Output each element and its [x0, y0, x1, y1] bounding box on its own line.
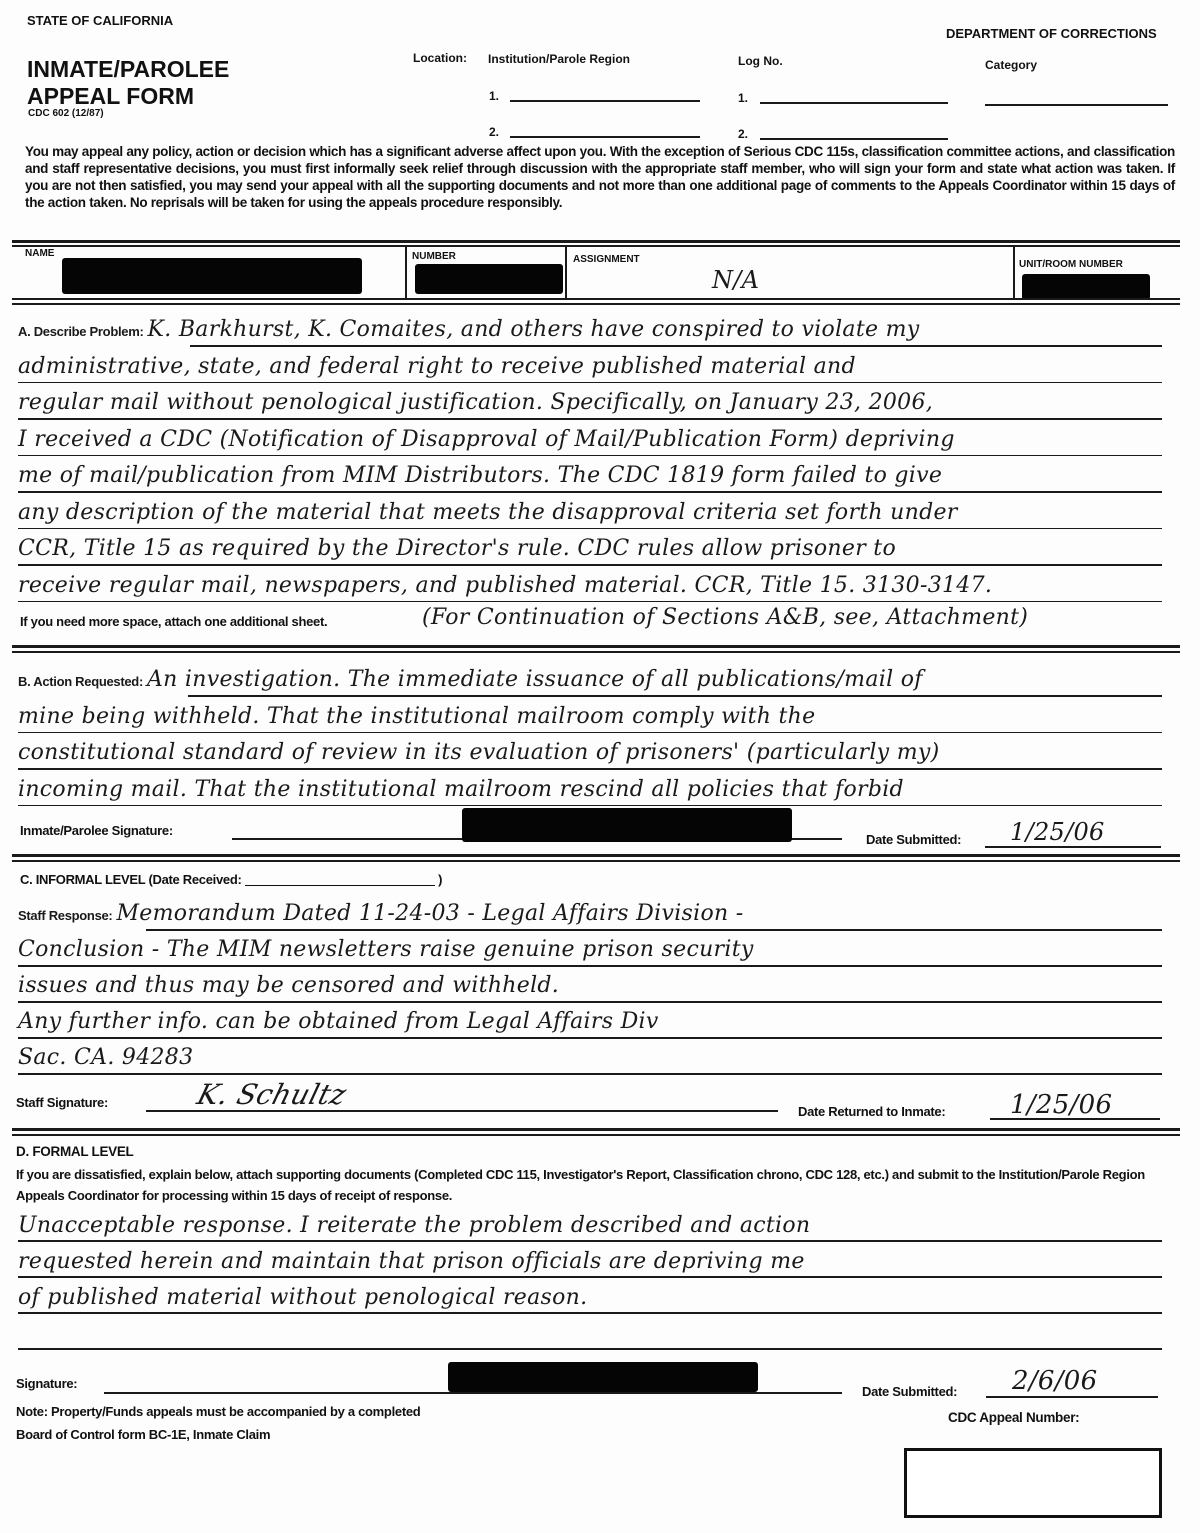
unit-divider	[1013, 247, 1015, 299]
formal-response-rule	[18, 1240, 1162, 1242]
formal-response-rule	[18, 1348, 1162, 1350]
problem-line[interactable]: administrative, state, and federal right…	[18, 351, 1186, 383]
formal-response-line[interactable]: requested herein and maintain that priso…	[18, 1246, 1186, 1278]
info-row-bottom-rule-2	[12, 303, 1180, 305]
action-line[interactable]: incoming mail. That the institutional ma…	[18, 774, 1186, 806]
formal-response-rule	[18, 1276, 1162, 1278]
date-returned-label: Date Returned to Inmate:	[798, 1104, 945, 1119]
problem-line[interactable]: receive regular mail, newspapers, and pu…	[18, 570, 1186, 602]
staff-response-text: Conclusion - The MIM newsletters raise g…	[18, 937, 754, 962]
state-label: STATE OF CALIFORNIA	[27, 13, 173, 28]
unit-redaction	[1022, 274, 1150, 300]
action-rule	[188, 695, 1162, 697]
problem-rule	[18, 528, 1162, 530]
staff-response-text: Memorandum Dated 11-24-03 - Legal Affair…	[116, 901, 743, 926]
inmate-signature-redaction	[462, 808, 792, 842]
category-field[interactable]	[985, 104, 1168, 106]
formal-signature-field[interactable]	[104, 1392, 842, 1394]
action-text: An investigation. The immediate issuance…	[147, 667, 923, 692]
problem-rule	[190, 345, 1162, 347]
problem-line[interactable]: me of mail/publication from MIM Distribu…	[18, 460, 1186, 492]
problem-text: I received a CDC (Notification of Disapp…	[18, 427, 955, 452]
problem-line[interactable]: regular mail without penological justifi…	[18, 387, 1186, 419]
name-redaction	[62, 258, 362, 294]
staff-response-line[interactable]: Sac. CA. 94283	[18, 1042, 1186, 1074]
problem-line[interactable]: any description of the material that mee…	[18, 497, 1186, 529]
log-no-field-2[interactable]	[760, 138, 948, 140]
action-text: constitutional standard of review in its…	[18, 740, 939, 765]
more-space-note[interactable]: (For Continuation of Sections A&B, see, …	[422, 605, 1028, 630]
problem-text: receive regular mail, newspapers, and pu…	[18, 573, 992, 598]
staff-signature-value: K. Schultz	[194, 1078, 350, 1111]
category-label: Category	[985, 58, 1037, 72]
form-code: CDC 602 (12/87)	[28, 108, 104, 119]
staff-signature-label: Staff Signature:	[16, 1095, 108, 1110]
problem-line[interactable]: A. Describe Problem:K. Barkhurst, K. Com…	[18, 314, 1186, 346]
date-returned-field	[990, 1118, 1160, 1120]
problem-rule	[18, 382, 1162, 384]
staff-response-line[interactable]: issues and thus may be censored and with…	[18, 970, 1186, 1002]
formal-date-field	[986, 1396, 1158, 1398]
formal-response-rule	[18, 1312, 1162, 1314]
action-rule	[18, 732, 1162, 734]
action-text: incoming mail. That the institutional ma…	[18, 777, 904, 802]
staff-response-text: Sac. CA. 94283	[18, 1045, 193, 1070]
action-line[interactable]: B. Action Requested:An investigation. Th…	[18, 664, 1186, 696]
assignment-value[interactable]: N/A	[712, 266, 759, 294]
staff-response-line[interactable]: Staff Response:Memorandum Dated 11-24-03…	[18, 898, 1186, 930]
section-c-bottom-rule-2	[12, 1134, 1180, 1136]
date-submitted-value[interactable]: 1/25/06	[1010, 818, 1105, 846]
info-row-bottom-rule	[12, 298, 1180, 300]
action-text: mine being withheld. That the institutio…	[18, 704, 815, 729]
cdc-appeal-number-box[interactable]	[904, 1448, 1162, 1518]
action-rule	[18, 768, 1162, 770]
formal-level-label: D. FORMAL LEVEL	[16, 1144, 134, 1159]
assignment-label: ASSIGNMENT	[573, 254, 640, 265]
staff-response-rule	[18, 1037, 1162, 1039]
formal-response-text: Unacceptable response. I reiterate the p…	[18, 1213, 810, 1238]
formal-response-text: of published material without penologica…	[18, 1285, 587, 1310]
property-note-line2: Board of Control form BC-1E, Inmate Clai…	[16, 1427, 270, 1442]
property-note-line1: Note: Property/Funds appeals must be acc…	[16, 1404, 420, 1419]
info-row-top-rule-2	[12, 245, 1180, 247]
problem-rule	[18, 601, 1162, 603]
cdc-appeal-number-label: CDC Appeal Number:	[948, 1410, 1079, 1425]
problem-text: CCR, Title 15 as required by the Directo…	[18, 536, 896, 561]
formal-signature-label: Signature:	[16, 1376, 77, 1391]
formal-response-text: requested herein and maintain that priso…	[18, 1249, 805, 1274]
more-space-label: If you need more space, attach one addit…	[20, 614, 327, 629]
department-label: DEPARTMENT OF CORRECTIONS	[946, 26, 1157, 41]
location-field-2[interactable]	[510, 136, 700, 138]
staff-response-rule	[18, 1073, 1162, 1075]
staff-response-text: issues and thus may be censored and with…	[18, 973, 559, 998]
formal-response-line[interactable]: of published material without penologica…	[18, 1282, 1186, 1314]
problem-rule	[18, 455, 1162, 457]
problem-label: A. Describe Problem:	[18, 324, 144, 339]
problem-text: me of mail/publication from MIM Distribu…	[18, 463, 942, 488]
staff-response-rule	[146, 929, 1162, 931]
form-title-line2: APPEAL FORM	[27, 83, 229, 110]
form-title-line1: INMATE/PAROLEE	[27, 56, 229, 83]
problem-rule	[18, 564, 1162, 566]
number-label: NUMBER	[412, 251, 456, 262]
formal-signature-redaction	[448, 1362, 758, 1392]
problem-text: regular mail without penological justifi…	[18, 390, 933, 415]
problem-rule	[18, 418, 1162, 420]
action-rule	[18, 805, 1162, 807]
location-row2-number: 2.	[489, 125, 499, 139]
informal-level-text: C. INFORMAL LEVEL (Date Received:	[20, 872, 242, 887]
formal-response-line[interactable]	[18, 1318, 1186, 1350]
section-a-bottom-rule-2	[12, 651, 1180, 653]
instructions-paragraph: You may appeal any policy, action or dec…	[25, 143, 1175, 211]
name-divider	[405, 247, 407, 299]
staff-response-line[interactable]: Any further info. can be obtained from L…	[18, 1006, 1186, 1038]
number-redaction	[415, 264, 563, 294]
problem-line[interactable]: I received a CDC (Notification of Disapp…	[18, 424, 1186, 456]
date-submitted-field	[985, 846, 1161, 848]
informal-level-label: C. INFORMAL LEVEL (Date Received: )	[20, 872, 442, 887]
action-line[interactable]: mine being withheld. That the institutio…	[18, 701, 1186, 733]
log-no-label: Log No.	[738, 54, 783, 68]
formal-response-line[interactable]: Unacceptable response. I reiterate the p…	[18, 1210, 1186, 1242]
name-label: NAME	[25, 248, 54, 259]
formal-date-submitted-value[interactable]: 2/6/06	[1012, 1366, 1098, 1396]
location-row1-number: 1.	[489, 89, 499, 103]
form-title: INMATE/PAROLEE APPEAL FORM	[27, 56, 229, 110]
action-label: B. Action Requested:	[18, 674, 143, 689]
formal-date-submitted-label: Date Submitted:	[862, 1384, 957, 1399]
info-row-top-rule	[12, 240, 1180, 243]
location-field-1[interactable]	[510, 100, 700, 102]
log-no-field-1[interactable]	[760, 102, 948, 104]
section-c-bottom-rule	[12, 1128, 1180, 1131]
problem-text: any description of the material that mee…	[18, 500, 958, 525]
formal-level-instructions: If you are dissatisfied, explain below, …	[16, 1164, 1166, 1206]
date-received-field[interactable]	[245, 873, 435, 886]
location-label: Location:	[413, 51, 467, 65]
problem-text: K. Barkhurst, K. Comaites, and others ha…	[148, 317, 920, 342]
staff-response-line[interactable]: Conclusion - The MIM newsletters raise g…	[18, 934, 1186, 966]
section-b-bottom-rule-2	[12, 860, 1180, 862]
problem-rule	[18, 491, 1162, 493]
staff-response-text: Any further info. can be obtained from L…	[18, 1009, 659, 1034]
date-returned-value[interactable]: 1/25/06	[1010, 1090, 1112, 1120]
inmate-signature-label: Inmate/Parolee Signature:	[20, 823, 173, 838]
problem-line[interactable]: CCR, Title 15 as required by the Directo…	[18, 533, 1186, 565]
problem-text: administrative, state, and federal right…	[18, 354, 856, 379]
staff-response-label: Staff Response:	[18, 908, 112, 923]
log-row2-number: 2.	[738, 127, 748, 141]
staff-response-rule	[18, 965, 1162, 967]
action-line[interactable]: constitutional standard of review in its…	[18, 737, 1186, 769]
log-row1-number: 1.	[738, 91, 748, 105]
unit-room-label: UNIT/ROOM NUMBER	[1019, 259, 1123, 270]
location-sub-label: Institution/Parole Region	[488, 52, 630, 66]
number-divider	[565, 247, 567, 299]
staff-response-rule	[18, 1001, 1162, 1003]
informal-level-close: )	[438, 872, 442, 887]
date-submitted-label: Date Submitted:	[866, 832, 961, 847]
section-a-bottom-rule	[12, 645, 1180, 648]
section-b-bottom-rule	[12, 854, 1180, 857]
